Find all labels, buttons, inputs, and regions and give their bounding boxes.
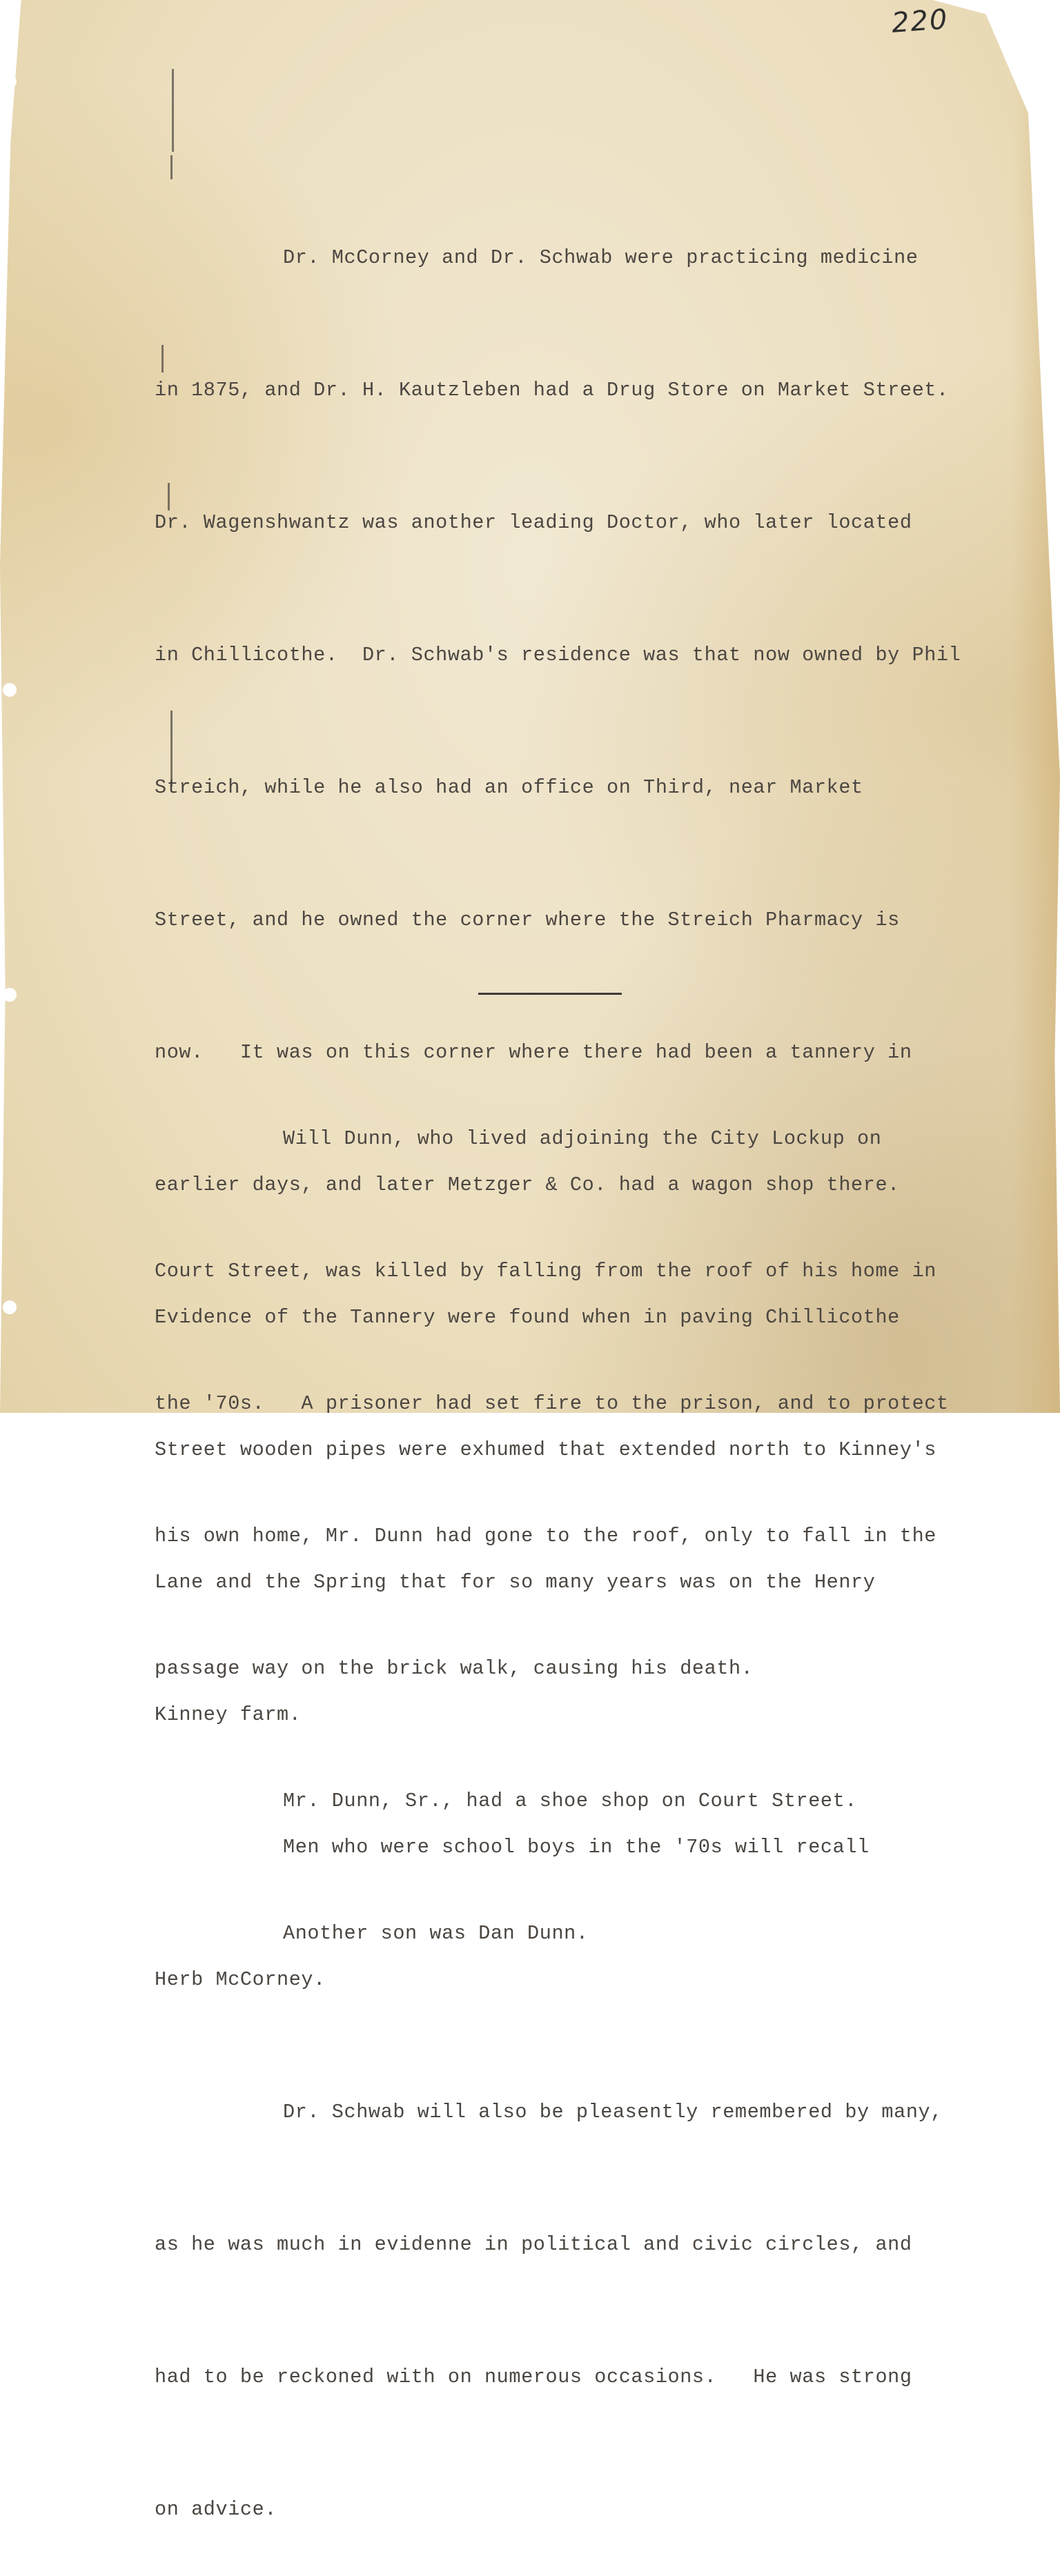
text-line: Will Dunn, who lived adjoining the City … [155, 1117, 949, 1161]
text-line: Court Street, was killed by falling from… [155, 1249, 949, 1294]
punch-hole [3, 988, 17, 1002]
text-line: Street, and he owned the corner where th… [155, 898, 961, 942]
punch-hole [3, 1300, 17, 1314]
punch-hole [3, 75, 17, 88]
typed-section-2: Will Dunn, who lived adjoining the City … [155, 1029, 949, 1413]
section-divider [478, 993, 622, 995]
text-line: Dr. McCorney and Dr. Schwab were practic… [155, 236, 961, 280]
paper-edge-shading [1012, 0, 1060, 1413]
text-line: the '70s. A prisoner had set fire to the… [155, 1382, 949, 1413]
margin-mark [172, 69, 174, 152]
text-line: Dr. Wagenshwantz was another leading Doc… [155, 501, 961, 545]
text-line: in 1875, and Dr. H. Kautzleben had a Dru… [155, 368, 961, 413]
text-line: Streich, while he also had an office on … [155, 766, 961, 810]
handwritten-page-number: 220 [890, 3, 949, 39]
punch-hole [3, 683, 17, 697]
text-line: in Chillicothe. Dr. Schwab's residence w… [155, 633, 961, 677]
